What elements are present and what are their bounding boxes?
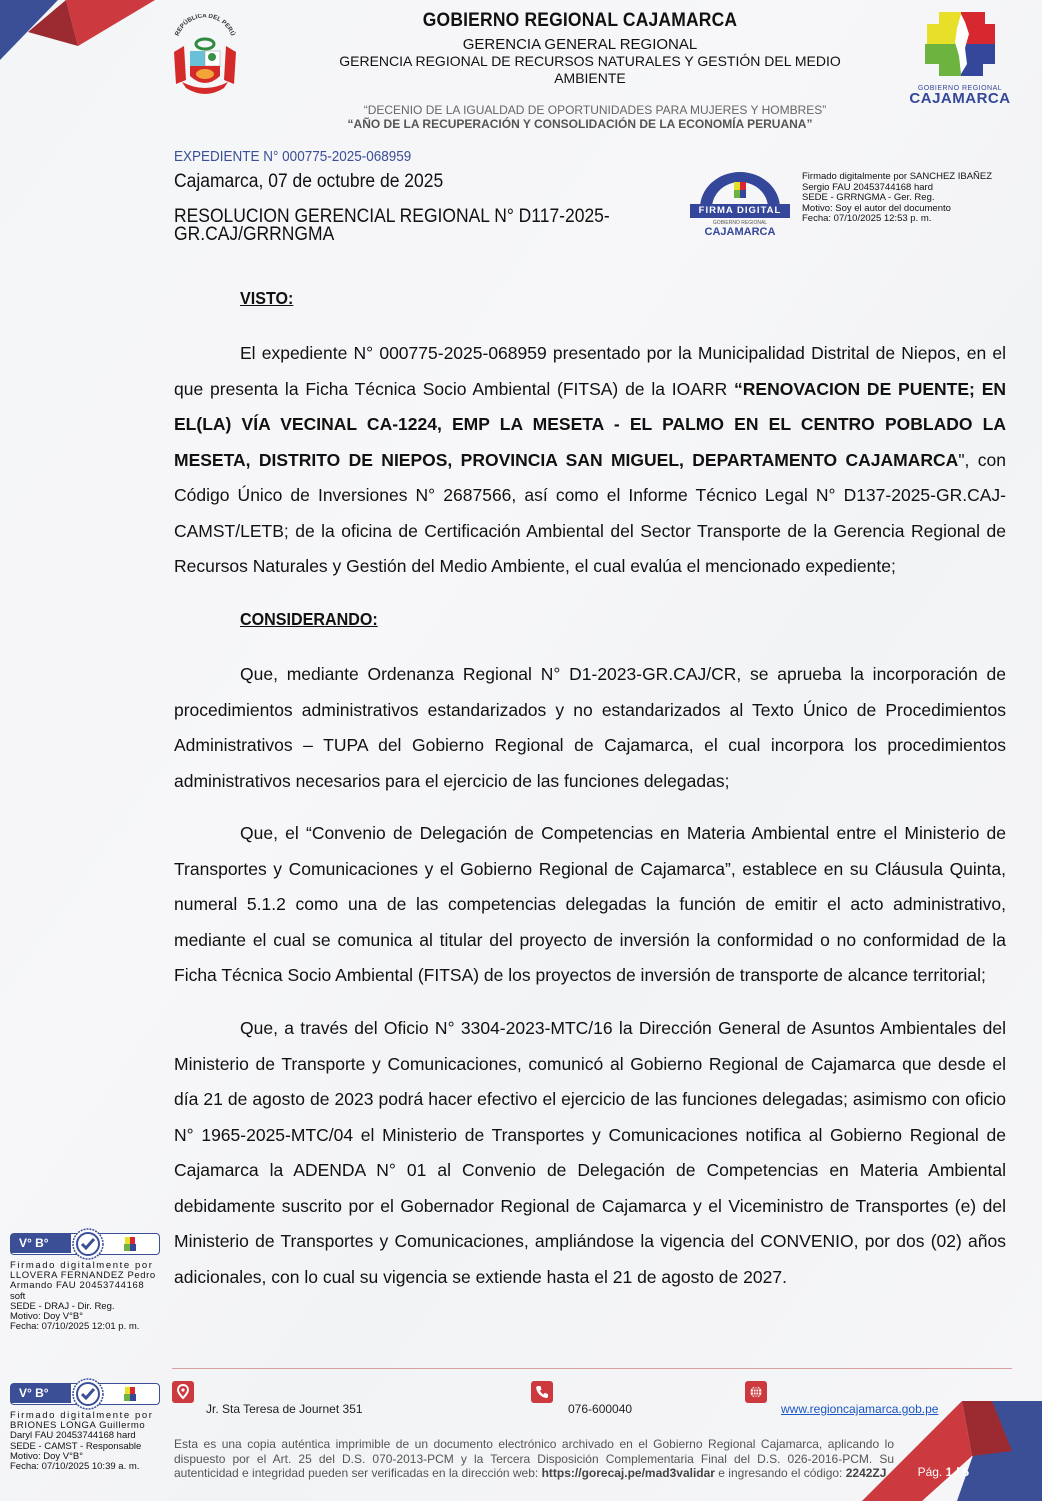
footer-phone: 076-600040 xyxy=(568,1402,632,1416)
footer-divider xyxy=(172,1368,1012,1369)
gerencia-regional-subtitle: GERENCIA REGIONAL DE RECURSOS NATURALES … xyxy=(305,53,875,87)
corner-decoration-top-left xyxy=(0,0,170,70)
svg-text:REPÚBLICA DEL PERÚ: REPÚBLICA DEL PERÚ xyxy=(174,14,236,38)
location-pin-icon xyxy=(172,1381,194,1403)
vobo-signature-info: Firmado digitalmente por LLOVERA FERNAND… xyxy=(10,1261,162,1332)
vobo-stamp: V° B° Firmado digitalmente por BRIONES L… xyxy=(10,1383,162,1472)
logo-caption-big: CAJAMARCA xyxy=(905,92,1015,106)
considerando-paragraph: Que, a través del Oficio N° 3304-2023-MT… xyxy=(174,1011,1006,1295)
considerando-paragraph: Que, el “Convenio de Delegación de Compe… xyxy=(174,816,1006,994)
firma-digital-info: Firmado digitalmente por SANCHEZ IBAÑEZ … xyxy=(802,172,992,225)
globe-icon xyxy=(745,1381,767,1403)
firma-line: SEDE - GRRNGMA - Ger. Reg. xyxy=(802,193,992,204)
document-date: Cajamarca, 07 de octubre de 2025 xyxy=(174,171,443,193)
firma-line: Fecha: 07/10/2025 12:53 p. m. xyxy=(802,214,992,225)
expediente-number: EXPEDIENTE N° 000775-2025-068959 xyxy=(174,148,411,165)
page-number: Pág. 1 / 5 xyxy=(918,1465,969,1479)
gobierno-regional-logo: GOBIERNO REGIONAL CAJAMARCA xyxy=(905,8,1015,104)
firma-line: Firmado digitalmente por SANCHEZ IBAÑEZ xyxy=(802,172,992,183)
visto-heading: VISTO: xyxy=(240,288,293,309)
firma-org-big: CAJAMARCA xyxy=(690,226,790,238)
considerando-heading: CONSIDERANDO: xyxy=(240,609,378,630)
year-motto: “AÑO DE LA RECUPERACIÓN Y CONSOLIDACIÓN … xyxy=(300,117,860,131)
footer-address: Jr. Sta Teresa de Journet 351 xyxy=(206,1402,363,1416)
peru-coat-of-arms-icon: REPÚBLICA DEL PERÚ xyxy=(168,14,242,100)
checkmark-seal-icon xyxy=(71,1377,105,1411)
validation-url[interactable]: https://gorecaj.pe/mad3validar xyxy=(542,1466,715,1480)
institution-title: GOBIERNO REGIONAL CAJAMARCA xyxy=(322,10,837,32)
footer-website-link[interactable]: www.regioncajamarca.gob.pe xyxy=(781,1402,938,1416)
phone-icon xyxy=(531,1381,553,1403)
visto-paragraph: El expediente N° 000775-2025-068959 pres… xyxy=(174,336,1006,585)
vobo-badge: V° B° xyxy=(10,1233,160,1255)
cajamarca-cross-logo-icon xyxy=(905,8,1015,78)
vobo-label: V° B° xyxy=(11,1384,71,1403)
decenio-motto: “DECENIO DE LA IGUALDAD DE OPORTUNIDADES… xyxy=(315,103,875,117)
vobo-signature-info: Firmado digitalmente por BRIONES LONGA G… xyxy=(10,1411,162,1472)
resolution-title: RESOLUCION GERENCIAL REGIONAL N° D117-20… xyxy=(174,208,652,244)
authenticity-notice: Esta es una copia auténtica imprimible d… xyxy=(174,1437,894,1481)
firma-digital-badge: FIRMA DIGITAL GOBIERNO REGIONAL CAJAMARC… xyxy=(690,168,790,244)
firma-digital-label: FIRMA DIGITAL xyxy=(690,204,790,218)
gerencia-general-subtitle: GERENCIA GENERAL REGIONAL xyxy=(300,36,860,53)
vobo-stamp: V° B° Firmado digitalmente por LLOVERA F… xyxy=(10,1233,162,1332)
cajamarca-mini-logo-icon xyxy=(121,1236,139,1252)
considerando-paragraph: Que, mediante Ordenanza Regional N° D1-2… xyxy=(174,657,1006,799)
checkmark-seal-icon xyxy=(71,1227,105,1261)
vobo-label: V° B° xyxy=(11,1234,71,1253)
vobo-badge: V° B° xyxy=(10,1383,160,1405)
cajamarca-mini-logo-icon xyxy=(121,1386,139,1402)
validation-code: 2242ZJ xyxy=(846,1466,887,1480)
